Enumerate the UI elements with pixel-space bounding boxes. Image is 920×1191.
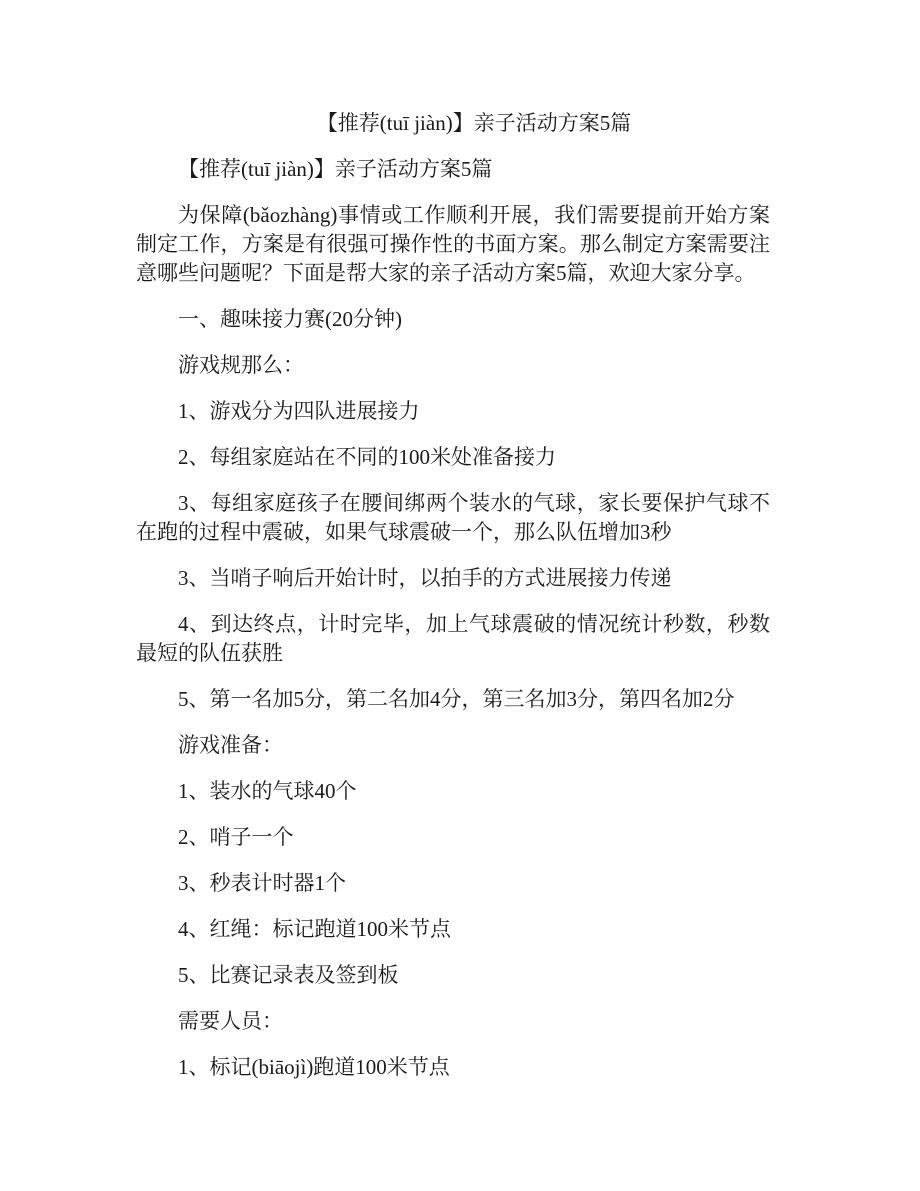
rule-item-3: 3、每组家庭孩子在腰间绑两个装水的气球，家长要保护气球不在跑的过程中震破，如果气… [136,489,770,547]
rule-item-6: 5、第一名加5分，第二名加4分，第三名加3分，第四名加2分 [136,685,770,714]
staff-item-1: 1、标记(biāojì)跑道100米节点 [136,1053,770,1082]
prep-item-2: 2、哨子一个 [136,823,770,852]
rule-item-2: 2、每组家庭站在不同的100米处准备接力 [136,443,770,472]
document-page: 【推荐(tuī jiàn)】亲子活动方案5篇 【推荐(tuī jiàn)】亲子活… [0,0,920,1191]
prep-item-1: 1、装水的气球40个 [136,777,770,806]
prep-item-4: 4、红绳：标记跑道100米节点 [136,915,770,944]
rule-item-1: 1、游戏分为四队进展接力 [136,397,770,426]
prep-item-3: 3、秒表计时器1个 [136,869,770,898]
intro-paragraph: 为保障(bǎozhàng)事情或工作顺利开展，我们需要提前开始方案制定工作，方案… [136,201,770,288]
prep-item-5: 5、比赛记录表及签到板 [136,961,770,990]
section-1-heading: 一、趣味接力赛(20分钟) [136,305,770,334]
rule-item-5: 4、到达终点，计时完毕，加上气球震破的情况统计秒数，秒数最短的队伍获胜 [136,610,770,668]
staff-needed-label: 需要人员： [136,1007,770,1036]
game-preparation-label: 游戏准备： [136,731,770,760]
game-rules-label: 游戏规那么： [136,351,770,380]
document-title-centered: 【推荐(tuī jiàn)】亲子活动方案5篇 [136,109,770,138]
document-title-line: 【推荐(tuī jiàn)】亲子活动方案5篇 [136,155,770,184]
rule-item-4: 3、当哨子响后开始计时，以拍手的方式进展接力传递 [136,564,770,593]
